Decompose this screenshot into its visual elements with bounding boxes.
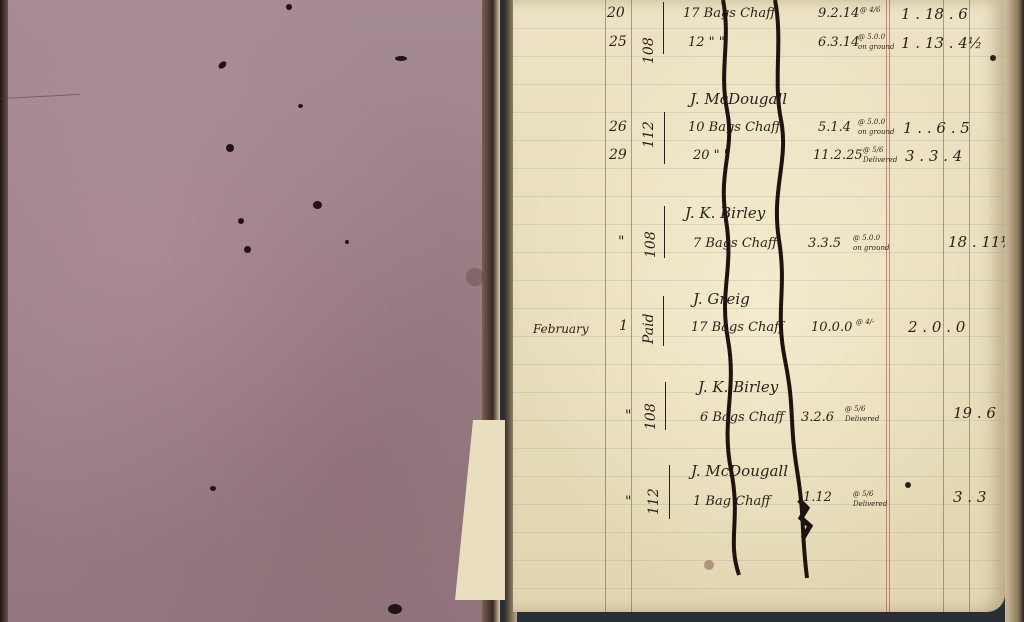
ink-blot	[388, 604, 402, 614]
left-endpaper	[0, 0, 500, 622]
paper-tear	[0, 94, 80, 101]
ink-blot	[345, 240, 349, 244]
ink-blot	[395, 56, 407, 61]
left-book-edge	[0, 0, 8, 622]
ink-blot	[298, 104, 303, 108]
ink-blot	[313, 201, 322, 209]
ink-blot	[226, 144, 234, 152]
ink-blot	[244, 246, 251, 253]
ink-blot	[210, 486, 216, 491]
right-book-edge	[1005, 0, 1024, 622]
torn-strip-marks	[513, 0, 1005, 612]
ink-blot	[286, 4, 292, 10]
ink-blot	[217, 60, 228, 70]
ink-blot	[238, 218, 244, 224]
ledger-page: 20 17 Bags Chaff 9.2.14 @ 4/6 1 . 18 . 6…	[513, 0, 1005, 612]
ledger-scan: 20 17 Bags Chaff 9.2.14 @ 4/6 1 . 18 . 6…	[0, 0, 1024, 622]
water-stain	[466, 268, 484, 286]
